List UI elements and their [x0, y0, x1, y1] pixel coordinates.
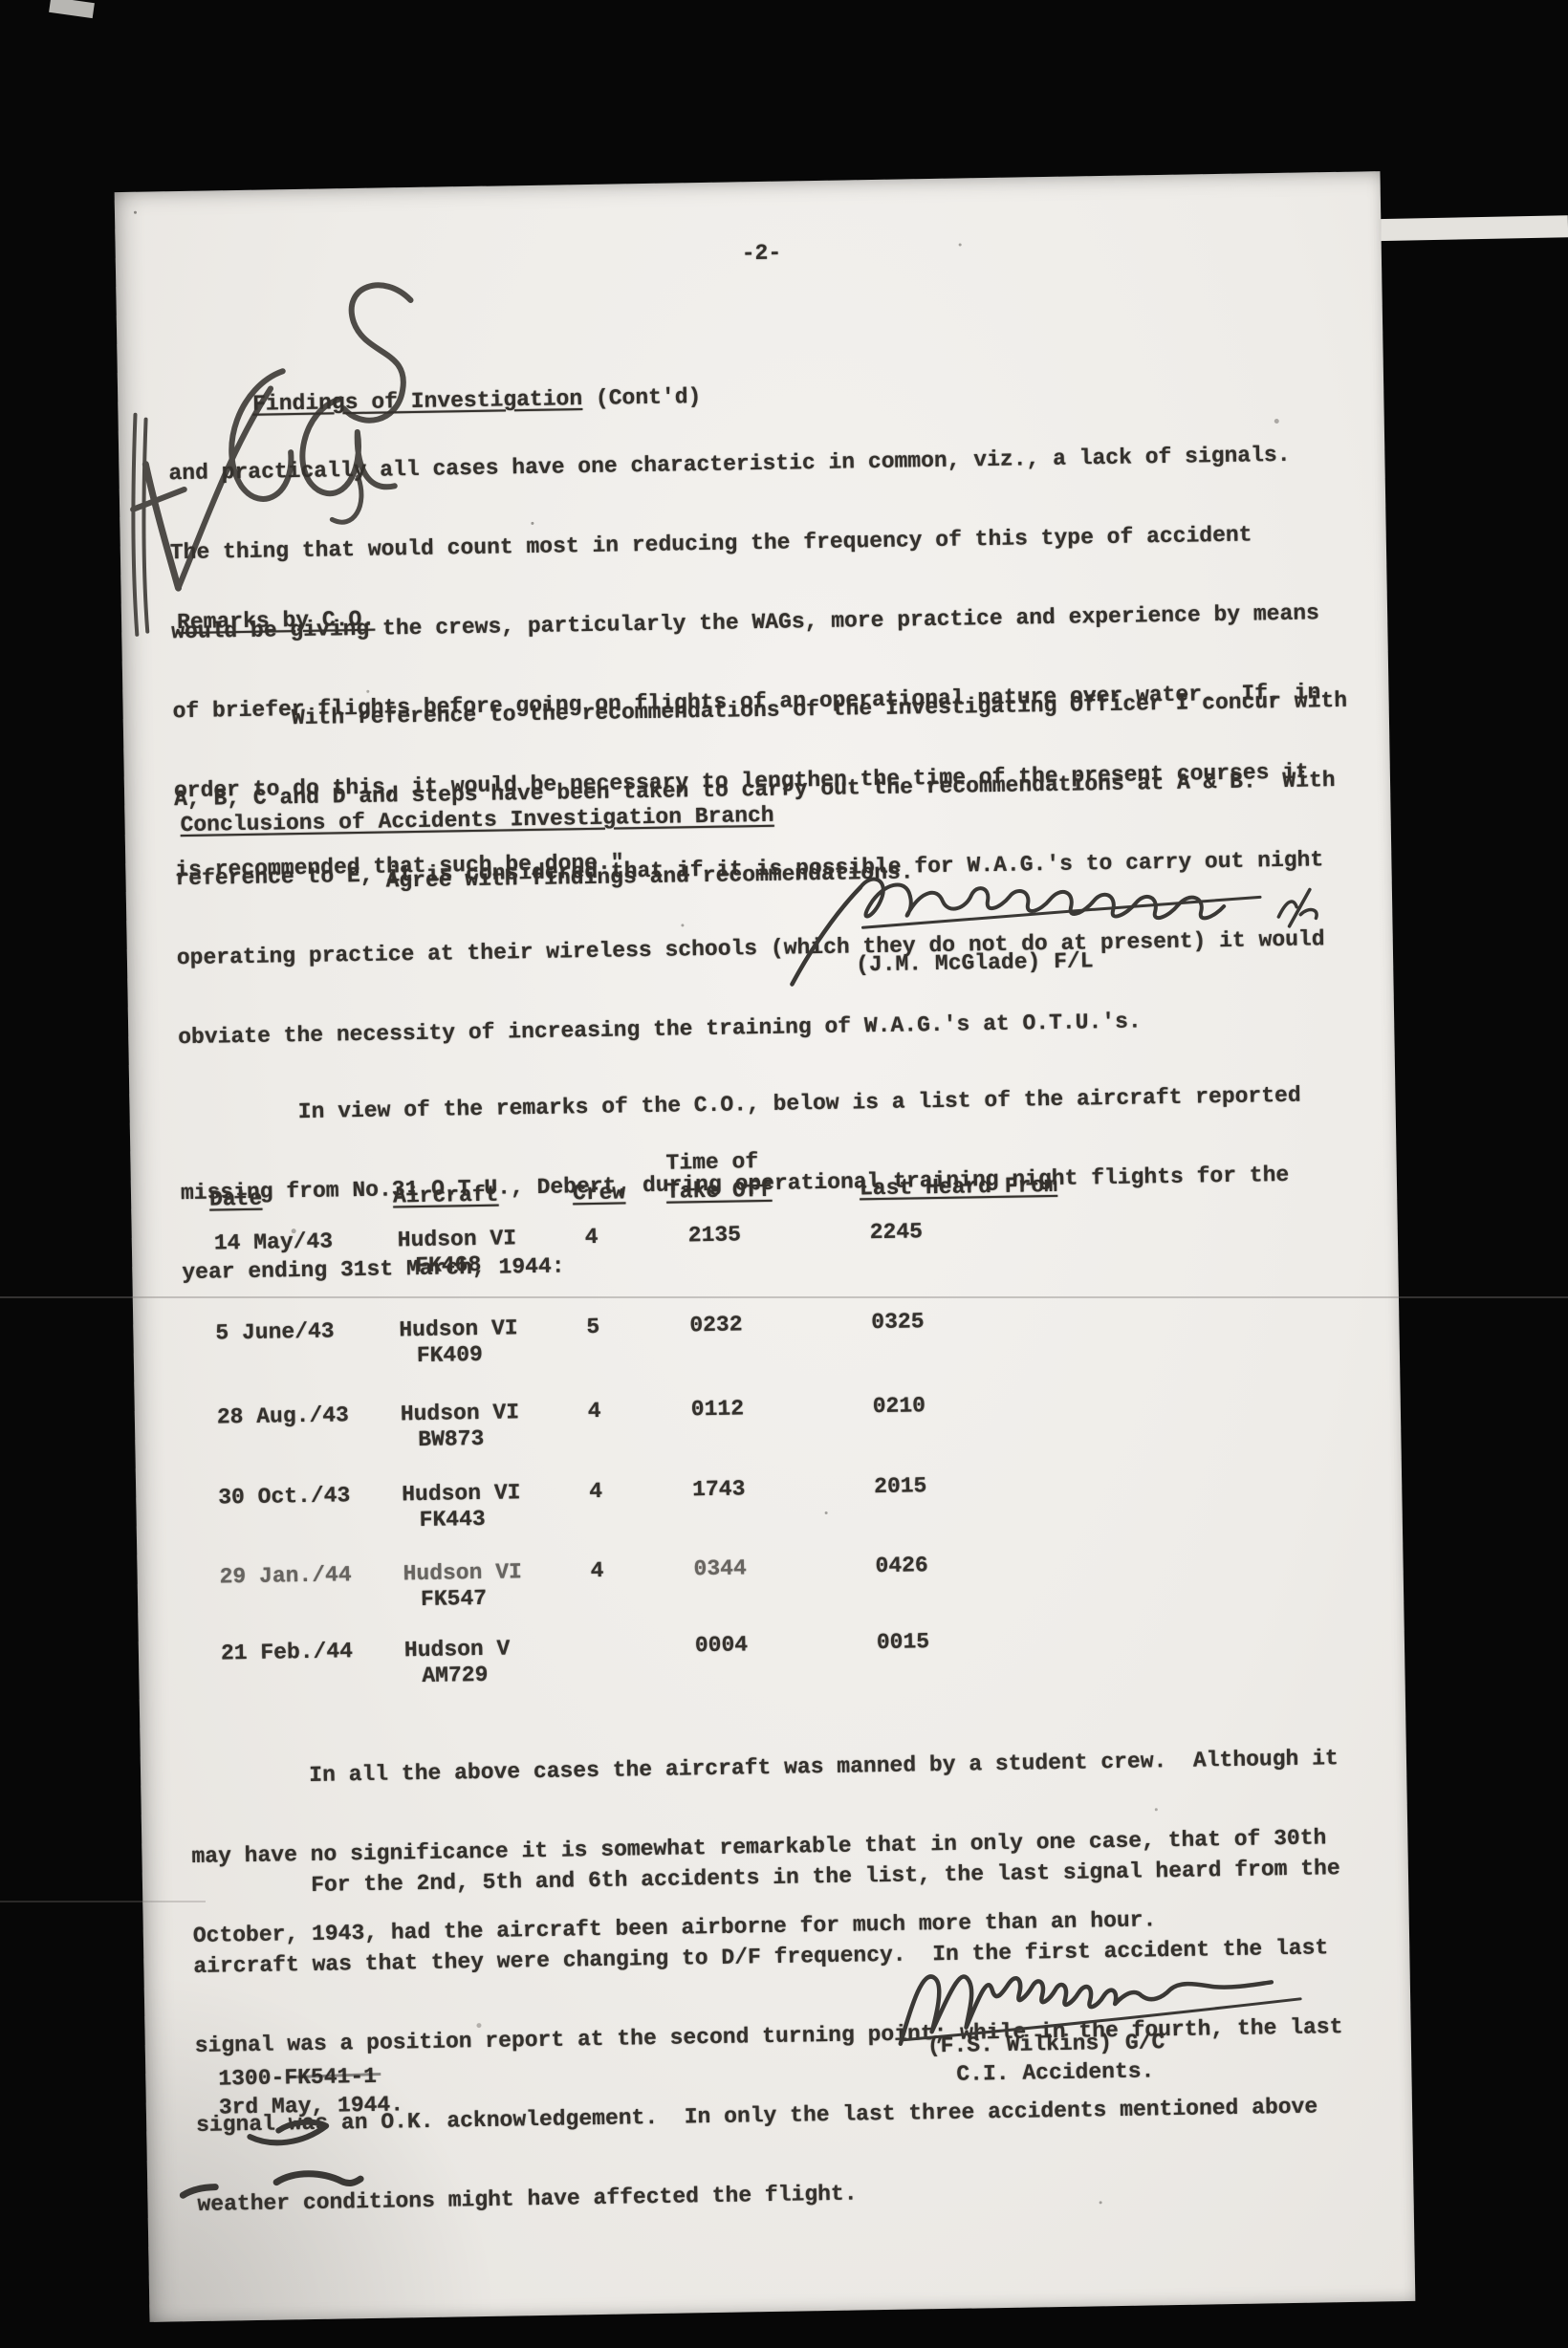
cell-type: Hudson VI [401, 1400, 520, 1426]
heading-remarks: Remarks by C.O. [177, 607, 375, 635]
cell-last-heard: 0426 [875, 1553, 928, 1578]
cell-serial: BW873 [418, 1426, 484, 1452]
cell-last-heard: 0015 [877, 1629, 930, 1655]
cell-last-heard: 0210 [873, 1393, 926, 1419]
page-number: -2- [742, 241, 782, 267]
cell-last-heard: 2015 [874, 1473, 927, 1499]
document-paper: -2- Findings of Investigation (Cont'd) a… [115, 171, 1416, 2322]
cell-takeoff: 2135 [688, 1222, 742, 1248]
cell-crew: 4 [590, 1558, 603, 1583]
scanned-document-page: -2- Findings of Investigation (Cont'd) a… [0, 0, 1568, 2348]
text-line: and practically all cases have one chara… [168, 440, 1317, 489]
cell-last-heard: 0325 [871, 1309, 925, 1335]
header-take-off: Take Off [666, 1178, 773, 1205]
cell-serial: FK443 [419, 1507, 485, 1533]
header-date: Date [209, 1186, 263, 1212]
cell-crew: 4 [585, 1225, 599, 1250]
cell-date: 30 Oct./43 [218, 1483, 350, 1510]
cell-type: Hudson V [404, 1636, 511, 1663]
text-line: year ending 31st March, 1944: [182, 1240, 1304, 1288]
cell-date: 28 Aug./43 [217, 1402, 349, 1429]
cell-takeoff: 0112 [691, 1396, 745, 1422]
text-line: With reference to the recommendations of… [173, 686, 1348, 735]
cell-date: 21 Feb./44 [221, 1639, 353, 1665]
cell-serial: FK547 [421, 1586, 487, 1612]
cell-takeoff: 0004 [695, 1632, 749, 1658]
scan-crease-line [0, 1296, 1568, 1298]
cell-type: Hudson VI [403, 1559, 522, 1586]
cell-date: 29 Jan./44 [219, 1562, 351, 1589]
text-line: For the 2nd, 5th and 6th accidents in th… [192, 1854, 1340, 1902]
cell-serial: FK409 [417, 1342, 483, 1368]
may-underline-mark [242, 2116, 348, 2152]
text-line: In view of the remarks of the C.O., belo… [179, 1081, 1301, 1129]
wilkins-typed-name: (F.S. Wilkins) G/C [927, 2030, 1165, 2058]
cell-serial: AM729 [422, 1663, 488, 1688]
cell-type: Hudson VI [402, 1480, 521, 1507]
cell-last-heard: 2245 [870, 1219, 924, 1245]
mcglade-typed-name: (J.M. McGlade) F/L [856, 948, 1094, 977]
cell-takeoff: 0232 [689, 1312, 743, 1337]
cell-crew: 5 [586, 1315, 599, 1339]
margin-emphasis-lines [120, 409, 163, 640]
cell-type: Hudson VI [399, 1315, 518, 1342]
cell-crew: 4 [589, 1479, 602, 1504]
cell-type: Hudson VI [398, 1226, 517, 1252]
cell-takeoff: 0344 [693, 1555, 747, 1581]
cell-date: 5 June/43 [215, 1318, 335, 1345]
header-aircraft: Aircraft [393, 1183, 499, 1209]
text-line: The thing that would count most in reduc… [170, 519, 1318, 568]
bottom-handwritten-dashes [171, 2163, 392, 2207]
wilkins-title: C.I. Accidents. [956, 2058, 1154, 2086]
header-crew: Crew [573, 1180, 626, 1206]
dust-specks [134, 211, 137, 214]
cell-takeoff: 1743 [692, 1476, 746, 1502]
scan-crease-line-short [0, 1901, 206, 1902]
text-line: In all the above cases the aircraft was … [190, 1744, 1339, 1793]
cell-date: 14 May/43 [214, 1228, 334, 1255]
cell-serial: FK468 [415, 1252, 481, 1278]
scan-corner-artifact [49, 0, 95, 18]
header-time-of: Time of [665, 1149, 758, 1176]
cell-crew: 4 [588, 1399, 601, 1424]
header-last-heard-from: Last Heard From [860, 1173, 1057, 1201]
